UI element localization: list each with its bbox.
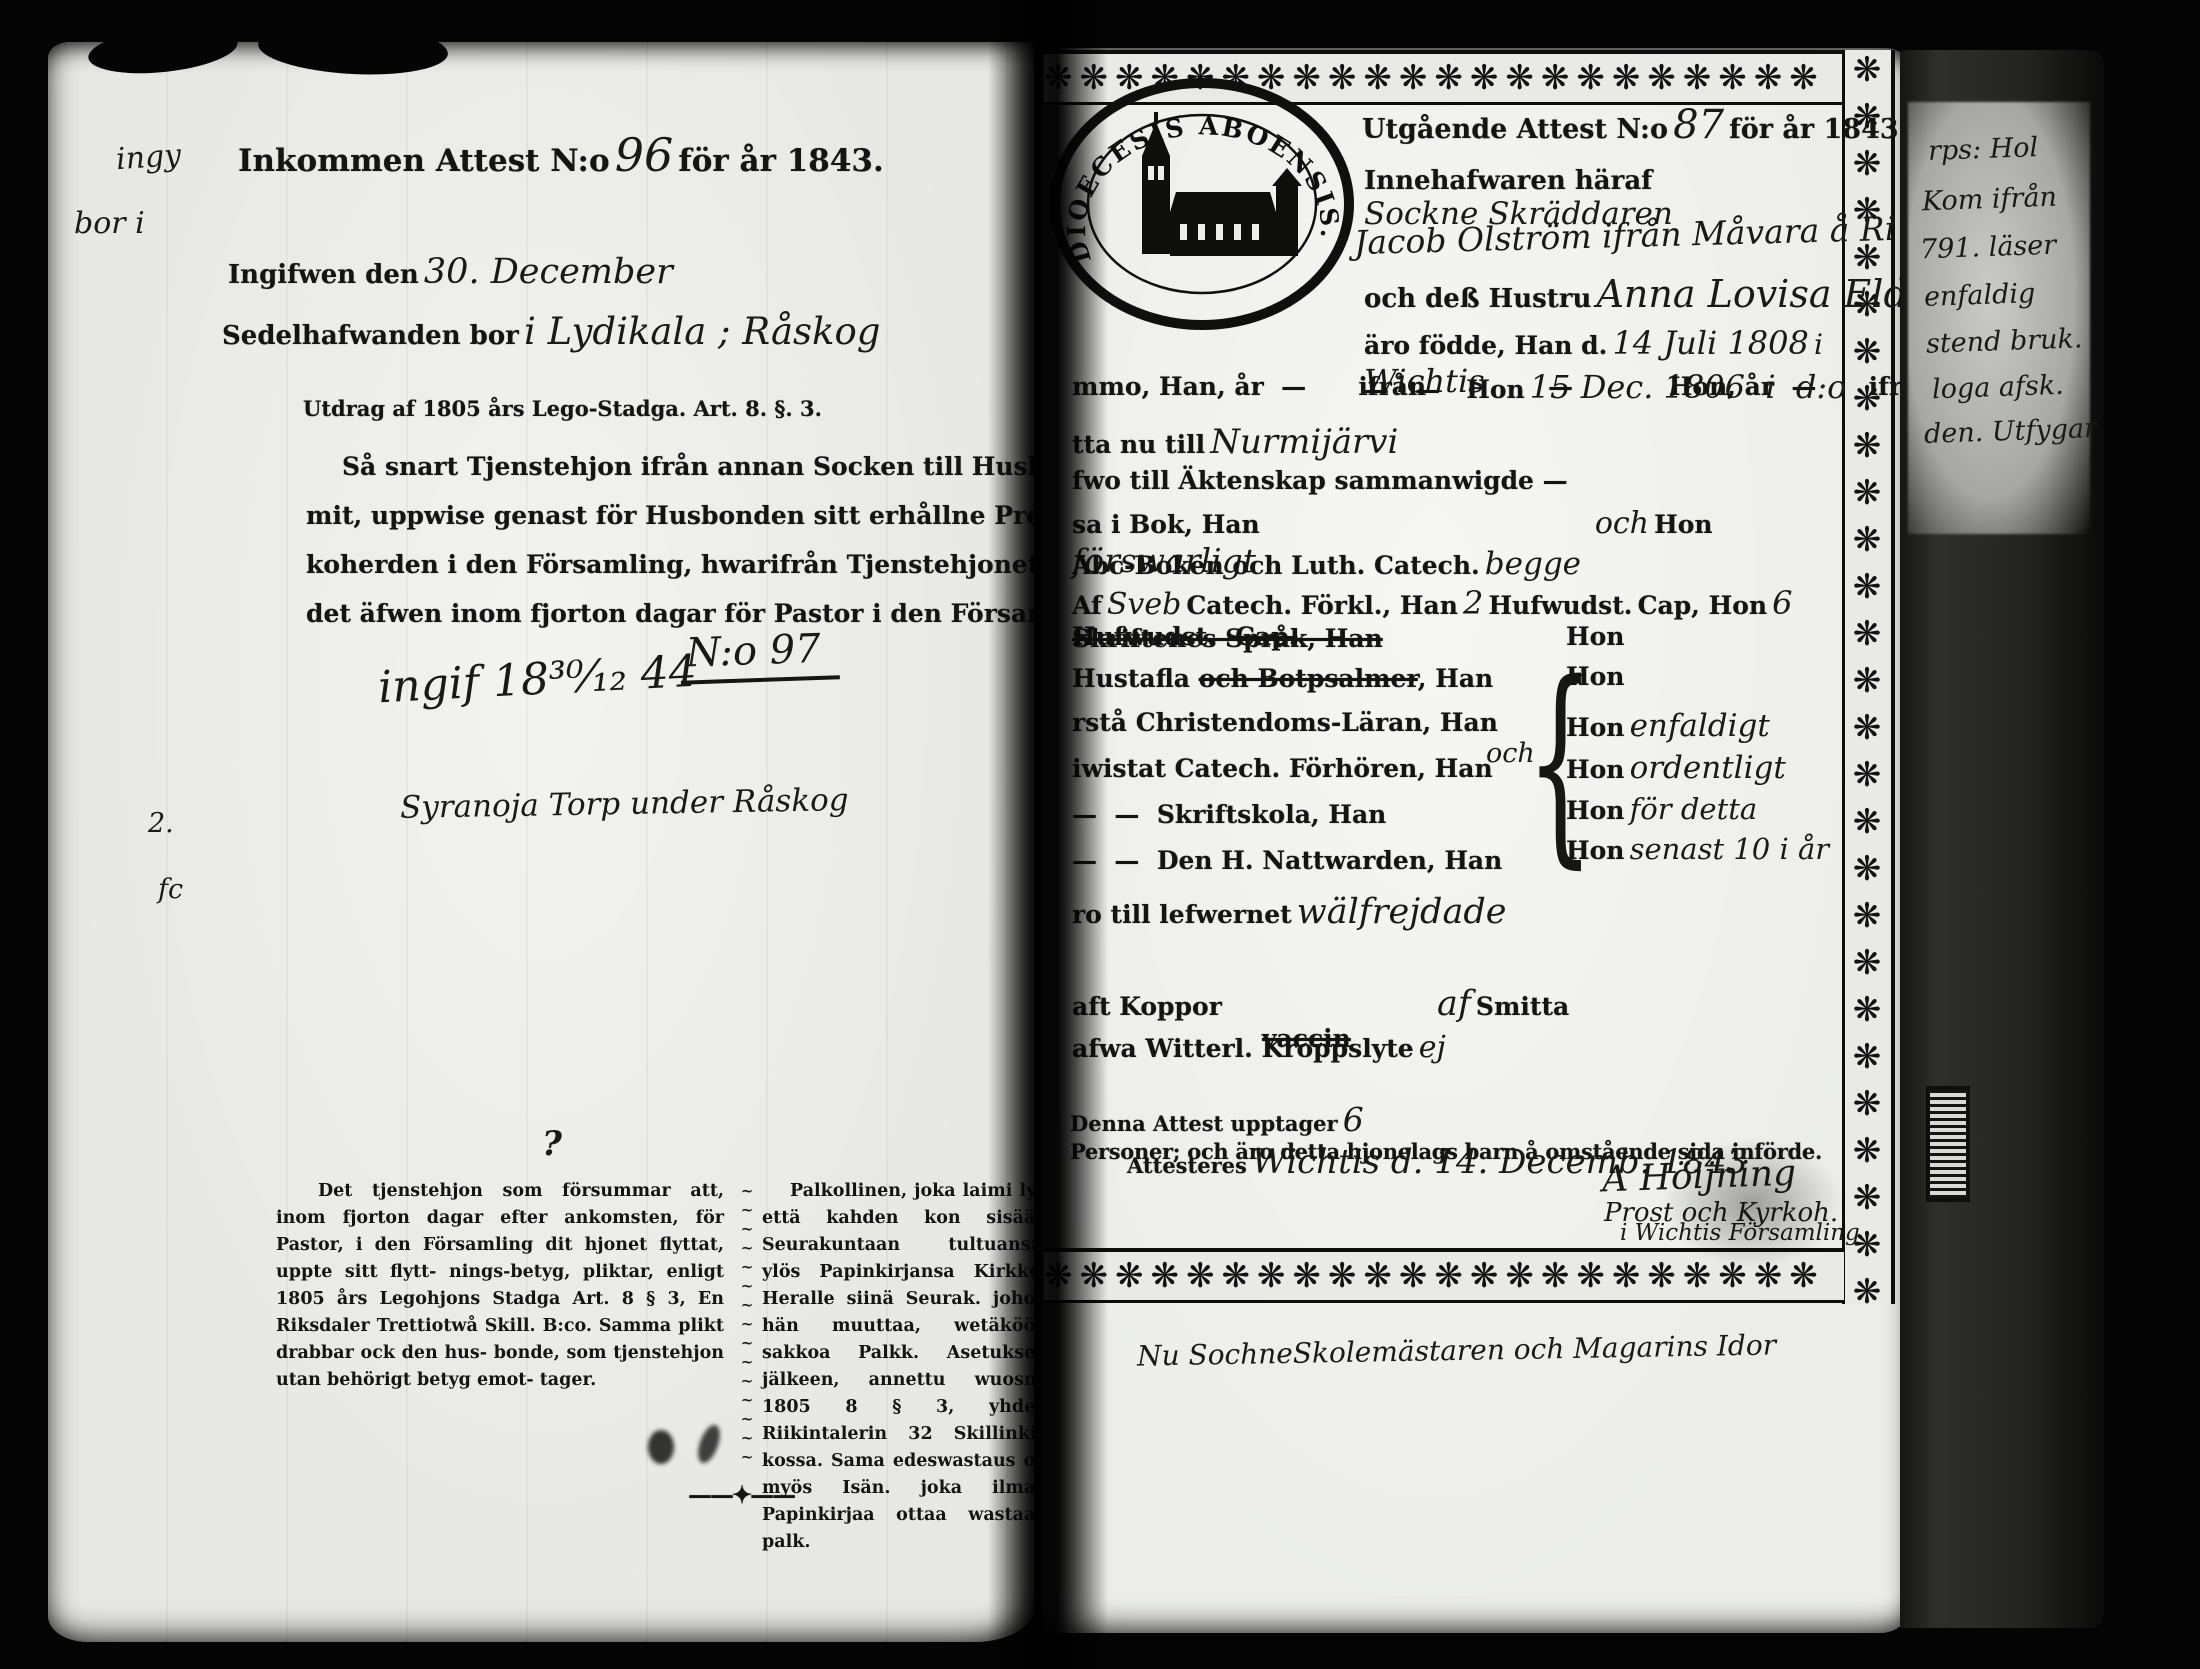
pox-smitta: Smitta: [1476, 992, 1569, 1021]
catechism-exam-row: iwistat Catech. Förhören, Han: [1072, 754, 1493, 783]
cat-v1-handwritten: Sveb: [1107, 587, 1181, 622]
excerpt-line: koherden i den Församling, hwarifrån Tje…: [306, 540, 1022, 589]
persons-pre: Denna Attest upptager: [1070, 1111, 1338, 1136]
move-to-label: tta nu till: [1072, 430, 1205, 459]
entry-note-handwritten: ingif 18³⁰⁄₁₂ 44: [377, 646, 698, 714]
footnote-finnish: Palkollinen, joka laimi lyö että kahden …: [762, 1178, 1034, 1556]
title-suffix: för år 1843.: [1729, 114, 1908, 145]
hon-row: Hon ordentligt: [1566, 750, 1786, 786]
right-page: ❋❋❋❋❋❋❋❋❋❋❋❋❋❋❋❋❋❋❋❋❋❋ ❋❋❋❋❋❋❋❋❋❋❋❋❋❋❋❋❋…: [1042, 48, 1910, 1633]
cat-l4: Cap, Hon: [1638, 591, 1767, 620]
title-prefix: Utgående Attest N:o: [1362, 114, 1668, 145]
ink-smudge: [1662, 1138, 1842, 1268]
right-page-title: Utgående Attest N:o 87 för år 1843.: [1362, 102, 1908, 148]
excerpt-line: mit, uppwise genast för Husbonden sitt e…: [306, 491, 1022, 540]
defect-label: afwa Witterl. Kroppslyte: [1072, 1034, 1414, 1063]
abc-label: Abc-Boken och Luth. Catech.: [1072, 551, 1480, 580]
excerpt-paragraph: Så snart Tjenstehjon ifrån annan Socken …: [306, 442, 1022, 638]
cat-l2: Catech. Förkl., Han: [1186, 591, 1458, 620]
confirmation-school-row: — — Skriftskola, Han: [1072, 800, 1386, 829]
entry-number-handwritten: N:o 97: [679, 625, 840, 685]
attest-label: Attesteres: [1127, 1153, 1247, 1178]
communion-row: — — Den H. Nattwarden, Han: [1072, 846, 1502, 875]
paper-tear: [86, 42, 240, 80]
reads-book-label: sa i Bok, Han: [1072, 510, 1260, 539]
persons-count-handwritten: 6: [1343, 1100, 1364, 1139]
title-suffix: för år 1843.: [678, 143, 883, 179]
cat-v2-handwritten: 2: [1463, 584, 1483, 622]
reads-book-hon: Hon: [1654, 510, 1712, 539]
wife-line: och deß Hustru Anna Lovisa Eld: [1364, 272, 1908, 316]
holder-label: Innehafwaren häraf: [1364, 166, 1652, 196]
hon-row: Hon: [1566, 662, 1624, 691]
move-to-value-handwritten: Nurmijärvi: [1210, 422, 1398, 462]
bearer-label: Sedelhafwanden bor: [222, 321, 519, 351]
excerpt-line: Så snart Tjenstehjon ifrån annan Socken …: [306, 442, 1022, 491]
bottom-marginal-note-handwritten: Nu SochneSkolemästaren och Magarins Idor: [1137, 1328, 1777, 1372]
scripture-row-struck: Skriftenes Språk, Han: [1072, 624, 1383, 653]
entry-place-handwritten: Syranoja Torp under Råskog: [400, 782, 849, 826]
church-seal-graphic: DIOECESIS ABOENSIS. MAGNI PRINC: FINL.: [1048, 76, 1364, 332]
abc-value-handwritten: begge: [1485, 546, 1581, 582]
cat-v3-handwritten: 6: [1772, 584, 1792, 622]
ink-smudge: [648, 1430, 674, 1464]
edge-note-line: den. Utfygar: [1924, 413, 2098, 450]
hon-label: Hon: [1566, 662, 1624, 691]
attest-number-handwritten: 87: [1673, 102, 1724, 148]
born-he-in: i: [1814, 328, 1823, 361]
edge-note-line: Kom ifrån: [1922, 182, 2058, 218]
edge-note-line: 791. läser: [1920, 230, 2057, 266]
title-prefix: Inkommen Attest N:o: [238, 143, 610, 179]
cat-l3: Hufwudst.: [1488, 591, 1632, 620]
christendom-row: rstå Christendoms-Läran, Han: [1072, 708, 1498, 737]
edge-striped-tab: [1926, 1086, 1970, 1202]
hon-label: Hon: [1566, 622, 1624, 651]
conduct-row: ro till lefwernet wälfrejdade: [1072, 892, 1506, 932]
hon-value-handwritten: ordentligt: [1630, 750, 1786, 786]
body-defect-row: afwa Witterl. Kroppslyte ej: [1072, 1030, 1446, 1065]
hon-row: Hon enfaldigt: [1566, 708, 1770, 744]
hon-value-handwritten: för detta: [1630, 792, 1758, 826]
pox-label: aft Koppor: [1072, 992, 1222, 1021]
defect-value-handwritten: ej: [1419, 1030, 1446, 1065]
margin-note: ingy: [115, 138, 182, 177]
edge-note-line: enfaldig: [1923, 278, 2035, 313]
given-label: Ingifwen den: [228, 260, 419, 290]
came-from-row: mmo, Han, år — ifrån — Hon, år — ifrån: [1072, 372, 1910, 401]
hon-row: Hon för detta: [1566, 792, 1757, 826]
left-page: ingy bor i Inkommen Attest N:o 96 för år…: [48, 42, 1034, 1642]
hon-label: Hon: [1566, 836, 1624, 865]
conduct-value-handwritten: wälfrejdade: [1297, 892, 1507, 932]
edge-note-line: stend bruk.: [1926, 323, 2083, 359]
reads-book-och: och: [1595, 506, 1649, 541]
abc-row: Abc-Boken och Luth. Catech. begge: [1072, 546, 1581, 582]
ornament-divider: ——✦——: [688, 1480, 794, 1509]
footnote-divider: ~~~~~~~~~~~~~~~: [740, 1182, 756, 1412]
hustafla-row: Hustafla och Botpsalmer, Han: [1072, 664, 1493, 693]
hon-label: Hon: [1566, 713, 1624, 742]
hon-label: Hon: [1566, 755, 1624, 784]
excerpt-line: det äfwen inom fjorton dagar för Pastor …: [306, 589, 1022, 638]
paper-tear: [257, 42, 449, 79]
wife-label: och deß Hustru: [1364, 284, 1591, 314]
diocese-seal: DIOECESIS ABOENSIS. MAGNI PRINC: FINL.: [1048, 76, 1364, 332]
given-value-handwritten: 30. December: [424, 252, 673, 292]
hustafla-struck: och Botpsalmer: [1199, 664, 1418, 693]
ink-smudge: [694, 1422, 725, 1466]
pox-af-handwritten: af: [1437, 984, 1471, 1024]
book-scan: ingy bor i Inkommen Attest N:o 96 för år…: [0, 0, 2200, 1669]
wedlock-row: fwo till Äktenskap sammanwigde —: [1072, 466, 1568, 495]
footnote-swedish: Det tjenstehjon som försummar att, inom …: [276, 1178, 724, 1394]
left-page-title: Inkommen Attest N:o 96 för år 1843.: [238, 128, 884, 182]
footnote-mark: ?: [542, 1124, 562, 1164]
hustafla-pre: Hustafla: [1072, 664, 1199, 693]
given-line: Ingifwen den 30. December: [228, 252, 673, 292]
bearer-line: Sedelhafwanden bor i Lydikala ; Råskog: [222, 310, 880, 353]
edge-paper-patch: [1908, 102, 2090, 534]
cat-l1: Af: [1072, 591, 1102, 620]
hon-value-handwritten: enfaldigt: [1630, 708, 1770, 744]
wife-value-handwritten: Anna Lovisa Eld: [1596, 272, 1907, 316]
edge-note-line: rps: Hol: [1927, 132, 2038, 167]
born-he-date-handwritten: 14 Juli 1808: [1612, 324, 1808, 362]
excerpt-heading: Utdrag af 1805 års Lego-Stadga. Art. 8. …: [303, 396, 822, 421]
hon-value-handwritten: senast 10 i år: [1630, 832, 1830, 866]
margin-note: bor i: [74, 206, 145, 241]
hon-row: Hon senast 10 i år: [1566, 832, 1829, 866]
book-edge-strip: rps: Hol Kom ifrån 791. läser enfaldig s…: [1900, 50, 2104, 1628]
conduct-label: ro till lefwernet: [1072, 900, 1292, 929]
move-to-row: tta nu till Nurmijärvi: [1072, 422, 1398, 462]
margin-mark: fc: [158, 874, 183, 905]
bearer-value-handwritten: i Lydikala ; Råskog: [524, 310, 880, 353]
edge-note-line: loga afsk.: [1931, 370, 2064, 406]
hon-row: Hon: [1566, 622, 1624, 651]
attest-number-handwritten: 96: [615, 128, 674, 182]
hustafla-post: , Han: [1418, 664, 1493, 693]
hon-label: Hon: [1566, 796, 1624, 825]
born-he-label: äro födde, Han d.: [1364, 331, 1607, 360]
margin-mark: 2.: [148, 808, 174, 839]
